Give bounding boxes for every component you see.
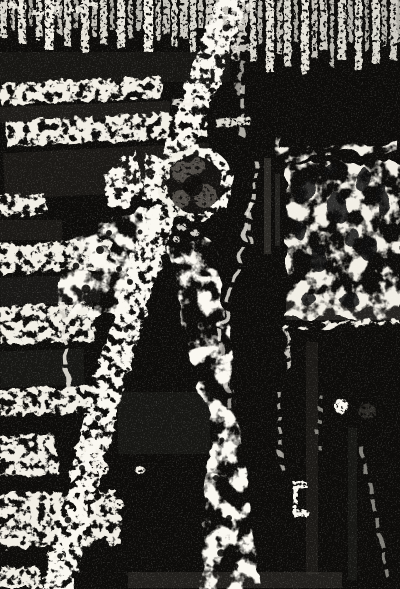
film-grain <box>0 0 400 589</box>
artwork-frame <box>0 0 400 589</box>
artwork-canvas <box>0 0 400 589</box>
